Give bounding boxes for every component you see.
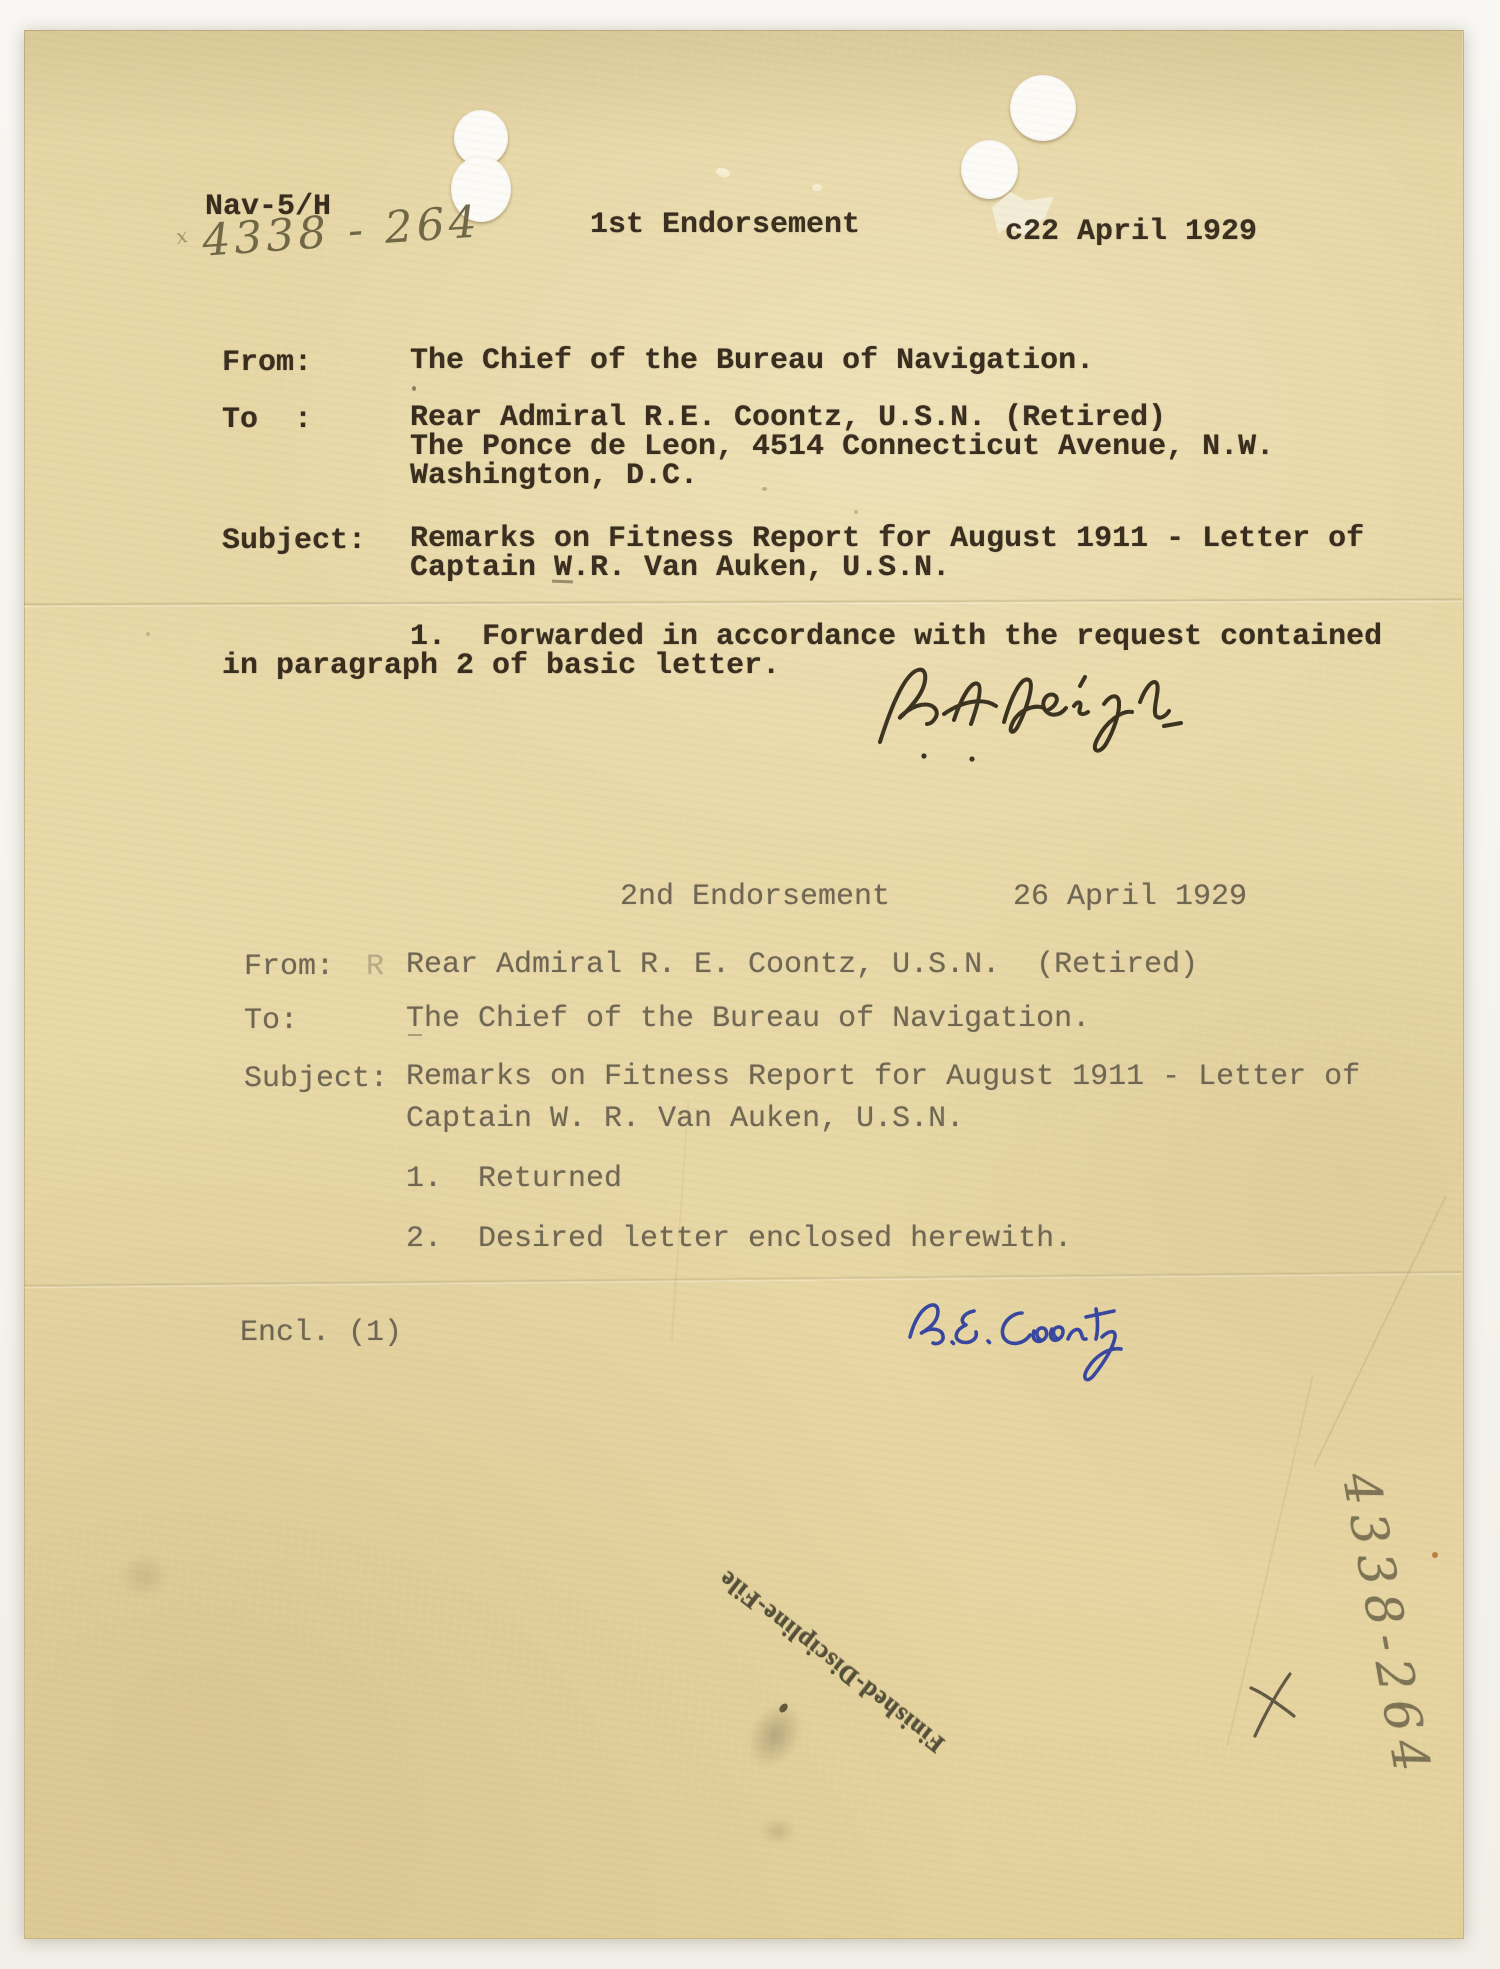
document-scan: Nav-5/H 4338 - 264 x 1st Endorsement c22… — [0, 0, 1500, 1969]
paper-grain-overlay — [24, 30, 1462, 1937]
